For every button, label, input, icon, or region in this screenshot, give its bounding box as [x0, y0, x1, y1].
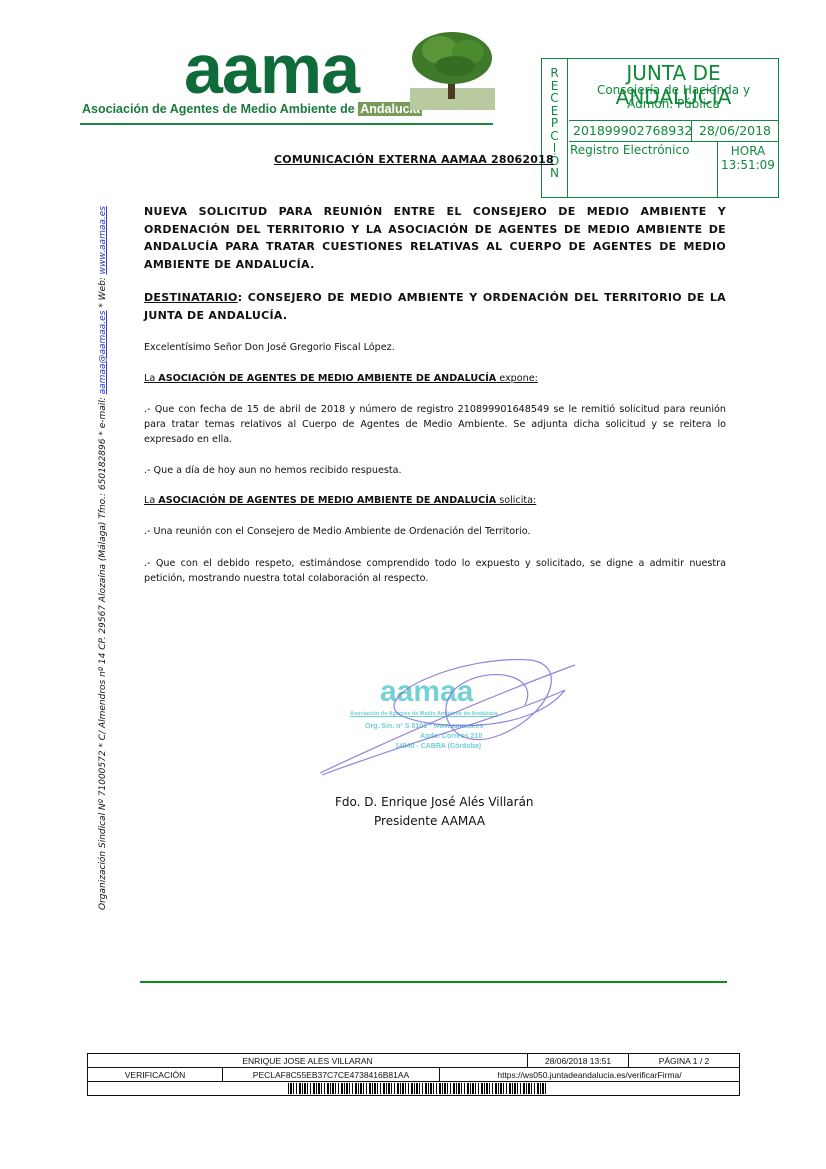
document-subject: NUEVA SOLICITUD PARA REUNIÓN ENTRE EL CO… — [144, 203, 726, 273]
page-number: PÁGINA 1 / 2 — [629, 1054, 740, 1068]
handwritten-signature — [310, 645, 580, 785]
signer-name: ENRIQUE JOSE ALES VILLARAN — [88, 1054, 528, 1068]
stamp-side-letter: C — [550, 92, 558, 105]
registry-type: Registro Electrónico — [570, 143, 689, 157]
stamp-side-label: RECEPCIÓN — [542, 59, 568, 197]
registry-time: HORA 13:51:09 — [717, 141, 778, 197]
expone-item: .- Que con fecha de 15 de abril de 2018 … — [144, 402, 726, 447]
registry-date: 28/06/2018 — [691, 121, 778, 141]
verification-code: PECLAF8C55EB37C7CE4738416B81AA — [223, 1068, 440, 1082]
aamaa-logo: aamaa Asociación de Agentes de Medio Amb… — [80, 42, 495, 126]
stamp-side-letter: N — [550, 167, 559, 180]
verification-url[interactable]: https://ws050.juntadeandalucia.es/verifi… — [440, 1068, 740, 1082]
signature-name: Fdo. D. Enrique José Alés Villarán — [335, 795, 534, 809]
expone-item: .- Que a día de hoy aun no hemos recibid… — [144, 463, 726, 478]
logo-divider — [80, 123, 493, 125]
solicita-item: .- Que con el debido respeto, estimándos… — [144, 556, 726, 586]
logo-wordmark: aamaa — [184, 34, 397, 104]
email-link[interactable]: aamaa@aamaa.es — [98, 311, 108, 395]
footer-divider — [140, 981, 727, 983]
registry-stamp: RECEPCIÓN JUNTA DE ANDALUCÍA Consejería … — [541, 58, 779, 198]
verification-barcode — [88, 1082, 740, 1096]
signature-datetime: 28/06/2018 13:51 — [528, 1054, 629, 1068]
signature-role: Presidente AAMAA — [374, 814, 485, 828]
stamp-registry-row: 201899902768932 28/06/2018 — [569, 120, 778, 142]
verification-label: VERIFICACIÓN — [88, 1068, 223, 1082]
solicita-item: .- Una reunión con el Consejero de Medio… — [144, 524, 726, 539]
tree-icon — [410, 30, 495, 110]
stamp-side-letter: R — [550, 67, 558, 80]
web-link[interactable]: www.aamaa.es — [98, 206, 108, 274]
expone-heading: La ASOCIACIÓN DE AGENTES DE MEDIO AMBIEN… — [144, 371, 726, 386]
solicita-heading: La ASOCIACIÓN DE AGENTES DE MEDIO AMBIEN… — [144, 493, 726, 508]
stamp-side-letter: P — [551, 117, 558, 130]
document-recipient: DESTINATARIO: CONSEJERO DE MEDIO AMBIENT… — [144, 289, 726, 324]
registry-number: 201899902768932 — [573, 123, 692, 138]
side-margin-contact: Organización Sindical Nº 71000572 * C/ A… — [98, 206, 108, 910]
barcode-icon — [288, 1083, 546, 1094]
communication-title: COMUNICACIÓN EXTERNA AAMAA 28062018 — [274, 153, 554, 166]
salutation: Excelentísimo Señor Don José Gregorio Fi… — [144, 340, 726, 355]
stamp-department: Consejería de Hacienda y Admon. Pública — [569, 83, 778, 111]
verification-table: ENRIQUE JOSE ALES VILLARAN 28/06/2018 13… — [87, 1053, 740, 1096]
